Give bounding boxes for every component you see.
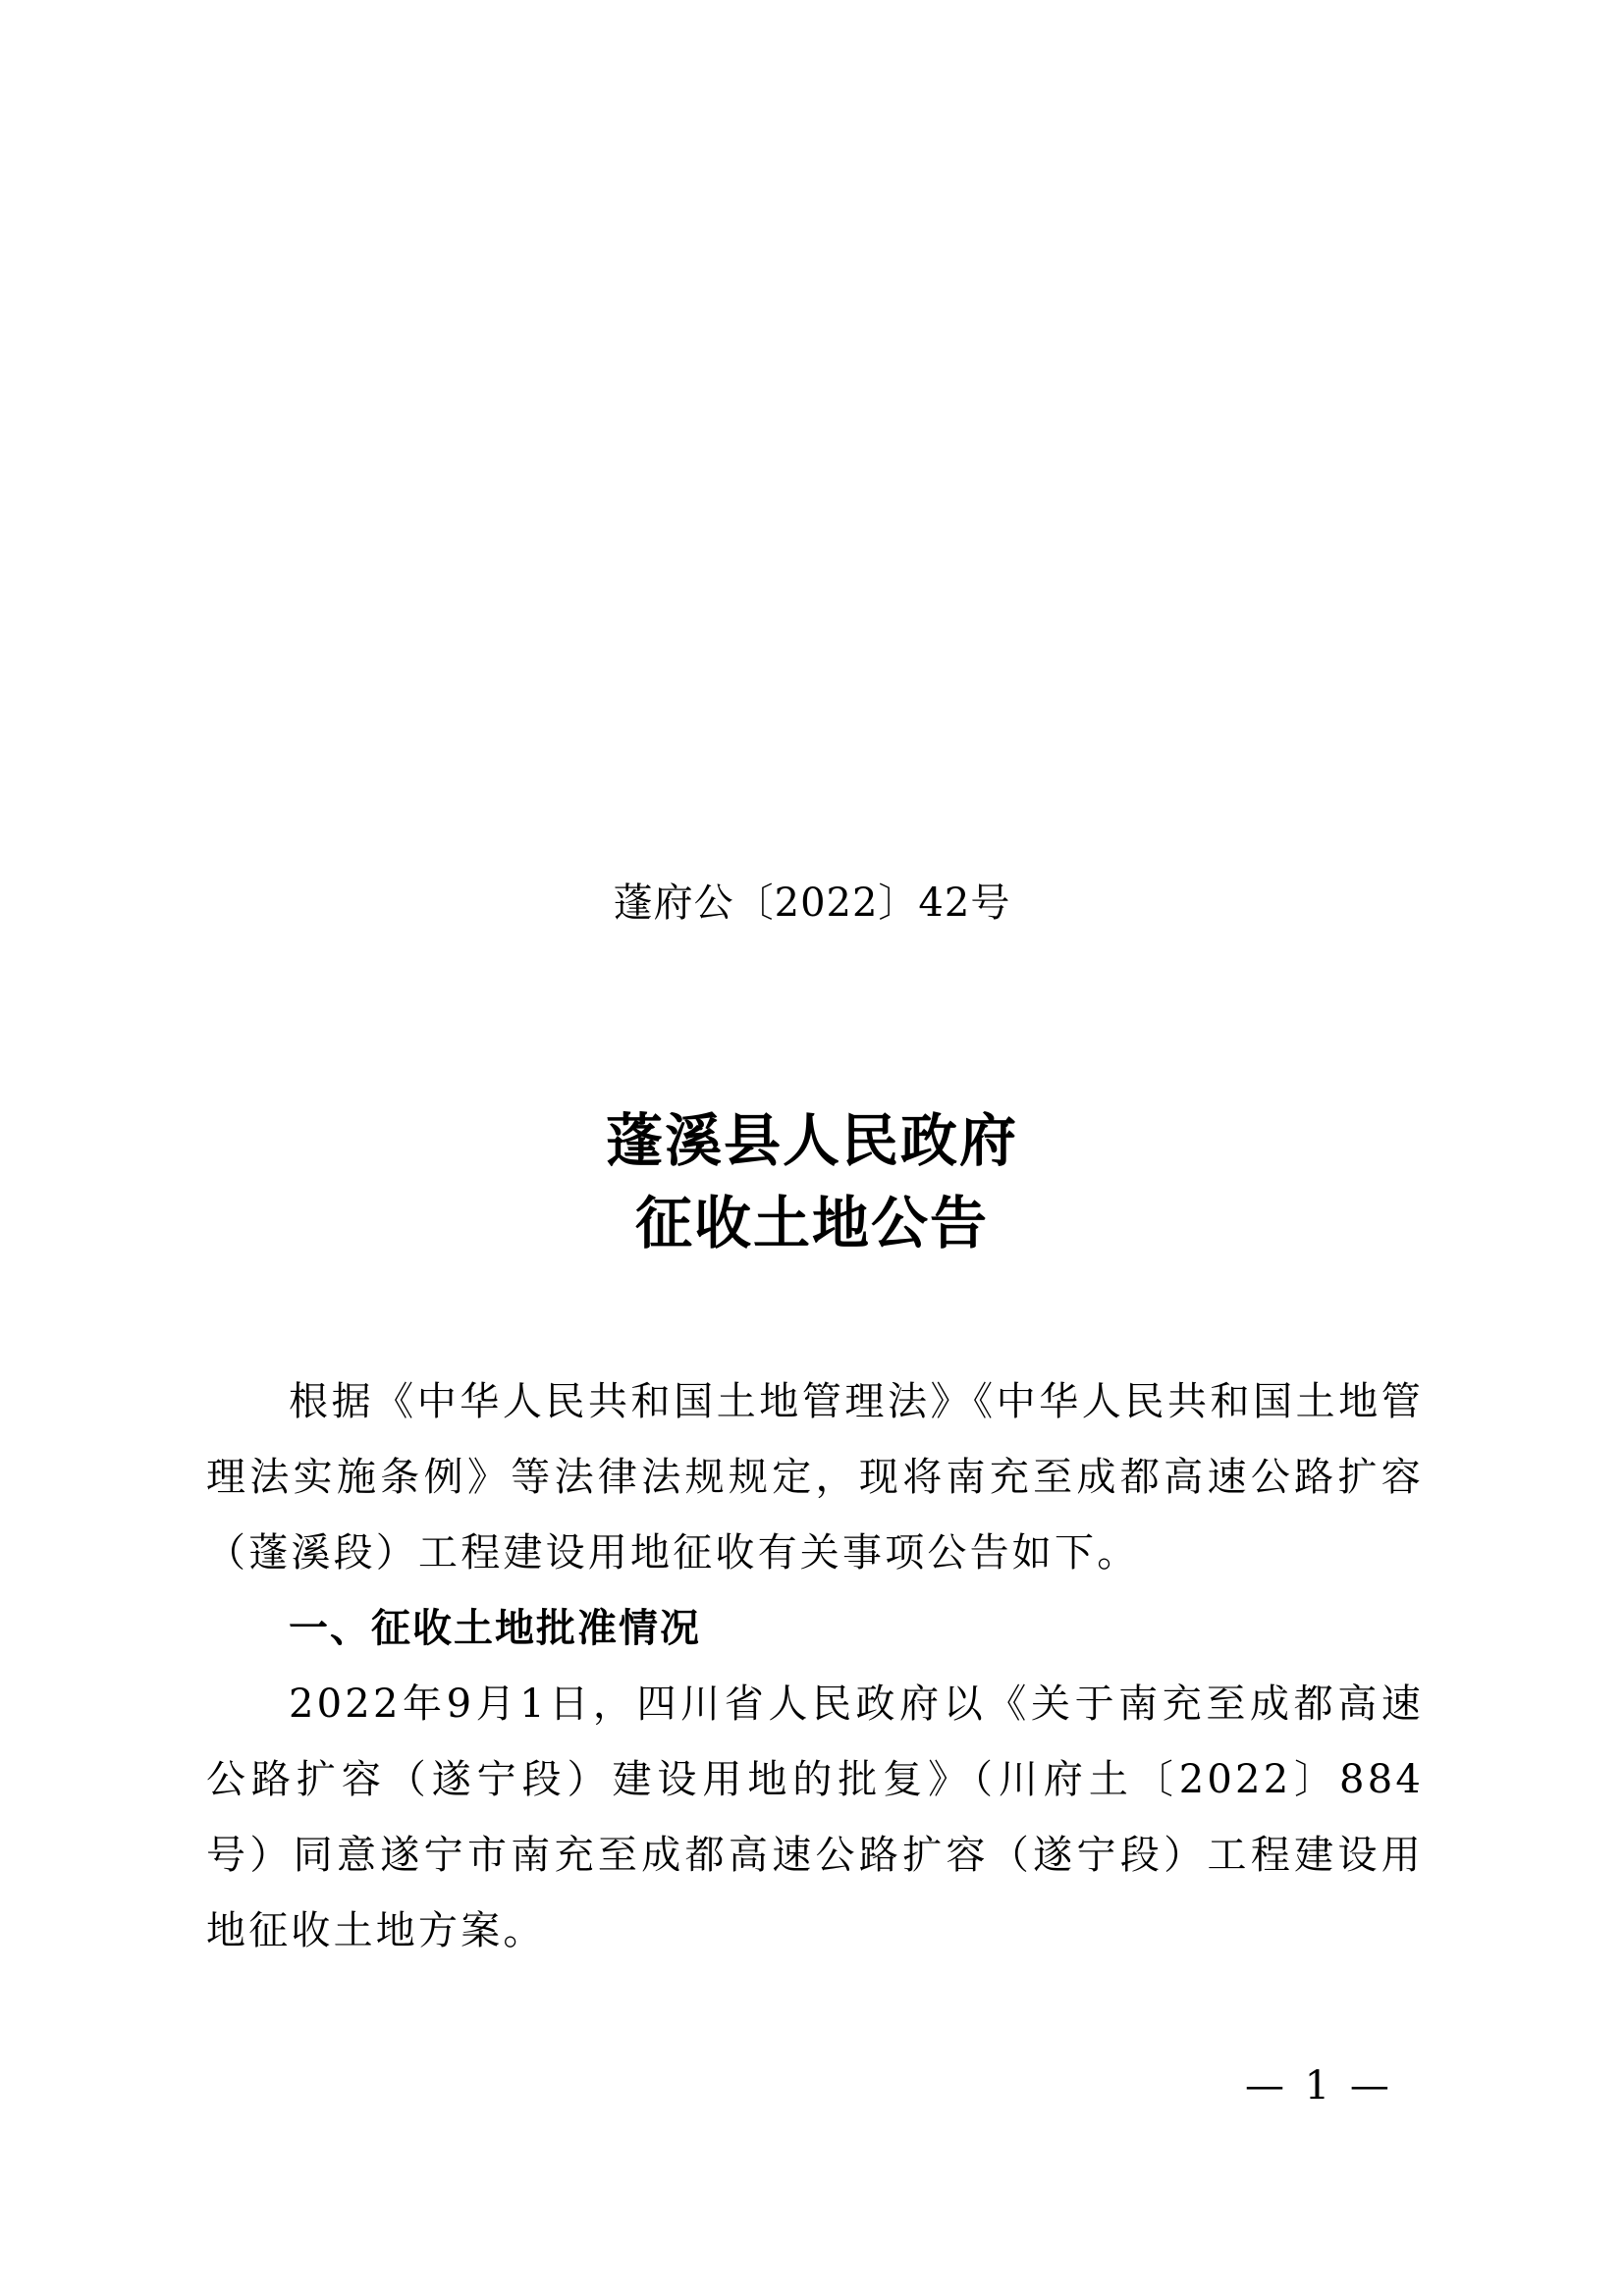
- document-title: 蓬溪县人民政府 征收土地公告: [0, 1099, 1624, 1264]
- intro-paragraph: 根据《中华人民共和国土地管理法》《中华人民共和国土地管理法实施条例》等法律法规规…: [206, 1364, 1424, 1591]
- document-body: 根据《中华人民共和国土地管理法》《中华人民共和国土地管理法实施条例》等法律法规规…: [206, 1364, 1424, 1969]
- section-heading: 一、征收土地批准情况: [206, 1591, 1424, 1667]
- title-line-subject: 征收土地公告: [0, 1182, 1624, 1264]
- title-line-issuer: 蓬溪县人民政府: [0, 1099, 1624, 1182]
- section-paragraph: 2022年9月1日，四川省人民政府以《关于南充至成都高速公路扩容（遂宁段）建设用…: [206, 1667, 1424, 1969]
- document-number: 蓬府公〔2022〕42号: [0, 879, 1624, 928]
- page-number: — 1 —: [1245, 2061, 1393, 2110]
